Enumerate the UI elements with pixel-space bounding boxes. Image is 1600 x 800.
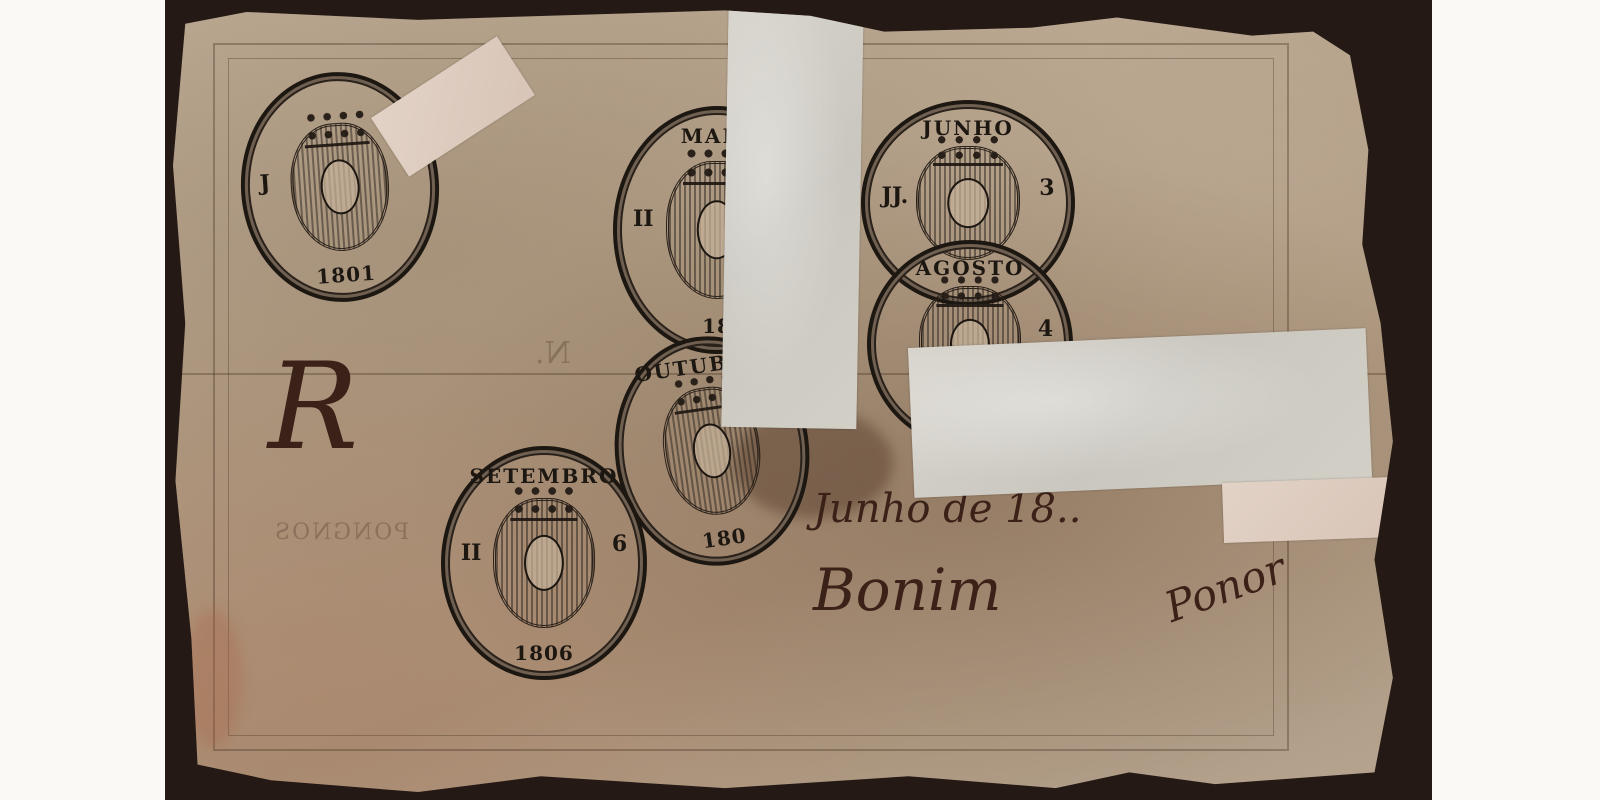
revalidation-stamp-setembro: SETEMBRO II 6 1806	[441, 446, 647, 680]
water-stain	[183, 608, 243, 748]
tape-repair-horizontal	[908, 328, 1372, 498]
stamp-right-mark: 6	[612, 531, 627, 557]
stamp-right-mark: 3	[1039, 175, 1054, 201]
photo-frame: N. PONGNOS J 1801 MAIO II 18 JUNHO JJ. 3	[165, 0, 1432, 800]
banknote: N. PONGNOS J 1801 MAIO II 18 JUNHO JJ. 3	[173, 8, 1399, 796]
tape-repair-vertical	[721, 2, 863, 429]
faded-bottom-text: PONGNOS	[273, 520, 409, 545]
stamp-left-mark: II	[633, 206, 654, 232]
tape-repair-small	[1222, 477, 1394, 543]
handwritten-signature-1: Bonim	[813, 556, 1001, 624]
stamp-year: 1806	[445, 641, 643, 665]
faded-serial-label: N.	[533, 336, 571, 371]
coat-of-arms-icon	[287, 120, 393, 255]
stamp-left-mark: JJ.	[881, 183, 908, 209]
stamp-left-mark: J	[259, 170, 271, 197]
stamp-left-mark: II	[461, 540, 482, 566]
coat-of-arms-icon	[493, 498, 594, 628]
stamp-right-mark: 4	[1038, 316, 1053, 342]
handwritten-initial: R	[268, 338, 358, 477]
